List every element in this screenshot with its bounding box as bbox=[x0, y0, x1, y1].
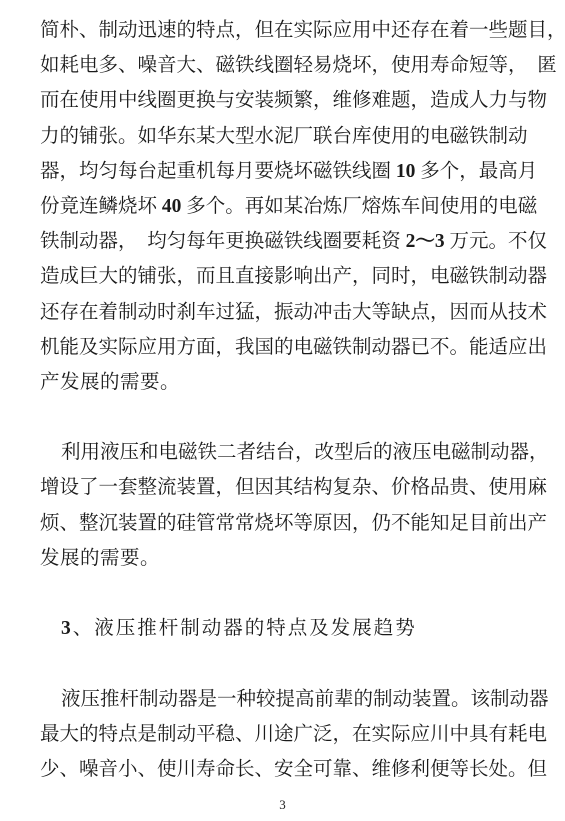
text-line: 而在使用中线圈更换与安装频繁，维修难题，造成人力与物 bbox=[40, 83, 527, 118]
text-line: 器，均匀每台起重机每月要烧坏磁铁线圈 10 多个，最高月 bbox=[40, 154, 527, 189]
text-line: 少、噪音小、使川寿命长、安全可靠、维修利便等长处。但 bbox=[40, 752, 527, 787]
text-line: 最大的特点是制动平稳、川途广泛，在实际应川中具有耗电 bbox=[40, 717, 527, 752]
text-line: 造成巨大的铺张，而且直接影响出产，同时，电磁铁制动器 bbox=[40, 259, 527, 294]
page-number: 3 bbox=[279, 797, 286, 812]
text-line: 烦、整沉装置的硅管常常烧坏等原因，仍不能知足目前出产 bbox=[40, 506, 527, 541]
text-line: 份竟连鳞烧坏 40 多个。再如某冶炼厂熔炼车间使用的电磁 bbox=[40, 189, 527, 224]
text-line: 铁制动器， 均匀每年更换磁铁线圈要耗资 2～3 万元。不仅 bbox=[40, 224, 527, 259]
text-line: 简朴、制动迅速的特点，但在实际应用中还存在着一些题目， bbox=[40, 13, 527, 48]
section-heading: 3、液压推杆制动器的特点及发展趋势 bbox=[40, 611, 527, 646]
paragraph-2: 利用液压和电磁铁二者结台，改型后的液压电磁制动器， 增设了一套整流装置，但因其结… bbox=[40, 435, 527, 576]
text-line: 如耗电多、噪音大、磁铁线圈轻易烧坏，使用寿命短等， 匿 bbox=[40, 48, 527, 83]
text-line: 还存在着制动时刹车过猛，振动冲击大等缺点，因而从技术 bbox=[40, 295, 527, 330]
page-content: 简朴、制动迅速的特点，但在实际应用中还存在着一些题目， 如耗电多、噪音大、磁铁线… bbox=[40, 13, 527, 787]
text-line: 力的铺张。如华东某大型水泥厂联台库使用的电磁铁制动 bbox=[40, 119, 527, 154]
paragraph-3: 液压推杆制动器是一种较提高前辈的制动装置。该制动器 最大的特点是制动平稳、川途广… bbox=[40, 682, 527, 788]
text-line: 利用液压和电磁铁二者结台，改型后的液压电磁制动器， bbox=[40, 435, 527, 470]
paragraph-1: 简朴、制动迅速的特点，但在实际应用中还存在着一些题目， 如耗电多、噪音大、磁铁线… bbox=[40, 13, 527, 400]
paragraph-spacer bbox=[40, 576, 527, 611]
text-line: 发展的需要。 bbox=[40, 541, 527, 576]
text-line: 增设了一套整流装置，但因其结构复杂、价格品贵、使用麻 bbox=[40, 470, 527, 505]
text-line: 液压推杆制动器是一种较提高前辈的制动装置。该制动器 bbox=[40, 682, 527, 717]
document-page: 简朴、制动迅速的特点，但在实际应用中还存在着一些题目， 如耗电多、噪音大、磁铁线… bbox=[0, 0, 565, 821]
page-footer: 3 bbox=[0, 797, 565, 812]
text-line: 机能及实际应用方面，我国的电磁铁制动器已不。能适应出 bbox=[40, 330, 527, 365]
text-line: 产发展的需要。 bbox=[40, 365, 527, 400]
paragraph-spacer bbox=[40, 400, 527, 435]
paragraph-spacer bbox=[40, 646, 527, 681]
